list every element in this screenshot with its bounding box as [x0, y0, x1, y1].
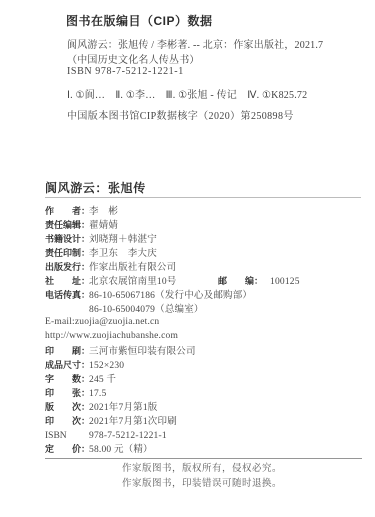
cip-registration-line: 中国版本图书馆CIP数据核字（2020）第250898号: [67, 107, 294, 122]
info-label: 印 刷：: [45, 344, 89, 358]
info-row-price: 定 价：58.00 元（精）: [45, 441, 367, 455]
info-label: 责任编辑：: [45, 218, 89, 232]
copyright-notices: 作家版图书，版权所有，侵权必究。 作家版图书，印装错误可随时退换。: [122, 462, 282, 492]
info-label: 定 价：: [45, 442, 89, 456]
info-row-word-count: 字 数：245 千: [45, 371, 367, 385]
info-value: 2021年7月第1次印刷: [89, 417, 177, 427]
info-row-address: 社 址：北京农展馆南里10号 邮 编：100125: [45, 273, 367, 287]
info-label: 成品尺寸：: [45, 358, 89, 372]
cip-catalog-line: 阆风游云：张旭传 / 李彬著. -- 北京：作家出版社，2021.7: [67, 36, 323, 51]
info-row-impression: 印 次：2021年7月第1次印刷: [45, 413, 367, 427]
info-label: 电话传真：: [45, 288, 89, 302]
info-value: 17.5: [89, 389, 106, 399]
book-title: 阆风游云：张旭传: [45, 179, 146, 196]
cip-classification-line: Ⅰ. ①阆… Ⅱ. ①李… Ⅲ. ①张旭 - 传记 Ⅳ. ①K825.72: [67, 86, 307, 101]
copyright-notice-line: 作家版图书，版权所有，侵权必究。: [122, 462, 282, 477]
info-row-publisher: 出版发行：作家出版社有限公司: [45, 259, 367, 273]
info-row-sheets: 印 张：17.5: [45, 385, 367, 399]
info-value: 978-7-5212-1221-1: [89, 431, 167, 441]
info-value: 245 千: [89, 375, 116, 385]
info-value: 李 彬: [89, 207, 118, 217]
info-row-trim-size: 成品尺寸：152×230: [45, 357, 367, 371]
info-label: 版 次：: [45, 400, 89, 414]
info-row-phone-fax-2: 86-10-65004079（总编室）: [45, 301, 367, 315]
info-value: 作家出版社有限公司: [89, 263, 176, 273]
info-value: 152×230: [89, 361, 124, 371]
bottom-divider: [45, 458, 362, 459]
cip-series-line: （中国历史文化名人传丛书）: [67, 51, 200, 66]
info-row-author: 作 者：李 彬: [45, 203, 367, 217]
info-label: 邮 编：: [218, 274, 270, 288]
info-value: 86-10-65067186（发行中心及邮购部）: [89, 291, 252, 301]
info-row-printer: 印 刷：三河市紫恒印装有限公司: [45, 343, 367, 357]
info-label: 字 数：: [45, 372, 89, 386]
info-value: 翟婧婧: [89, 221, 118, 231]
info-row-website: http://www.zuojiachubanshe.com: [45, 329, 367, 343]
info-row-isbn: ISBN978-7-5212-1221-1: [45, 427, 367, 441]
info-label: 书籍设计：: [45, 232, 89, 246]
info-value: 100125: [270, 277, 300, 287]
cip-header: 图书在版编目（CIP）数据: [66, 12, 213, 29]
title-divider: [45, 197, 361, 198]
info-label: 作 者：: [45, 204, 89, 218]
info-value: 三河市紫恒印装有限公司: [89, 347, 196, 357]
info-label: 社 址：: [45, 274, 89, 288]
info-value: 李卫东 李大庆: [89, 249, 157, 259]
return-policy-line: 作家版图书，印装错误可随时退换。: [122, 477, 282, 492]
info-label: 出版发行：: [45, 260, 89, 274]
publication-info-list: 作 者：李 彬 责任编辑：翟婧婧 书籍设计：刘晓翔＋韩湛宁 责任印制：李卫东 李…: [45, 203, 367, 455]
info-value: 2021年7月第1版: [89, 403, 158, 413]
info-row-editor: 责任编辑：翟婧婧: [45, 217, 367, 231]
info-label: 印 张：: [45, 386, 89, 400]
book-copyright-page: { "cip": { "header": "图书在版编目（CIP）数据", "l…: [0, 0, 375, 517]
info-value: 86-10-65004079（总编室）: [89, 305, 204, 315]
info-label: 印 次：: [45, 414, 89, 428]
info-row-edition: 版 次：2021年7月第1版: [45, 399, 367, 413]
info-value: 58.00 元（精）: [89, 445, 153, 455]
info-row-print-supervisor: 责任印制：李卫东 李大庆: [45, 245, 367, 259]
info-label: 责任印制：: [45, 246, 89, 260]
info-row-phone-fax: 电话传真：86-10-65067186（发行中心及邮购部）: [45, 287, 367, 301]
info-value: 北京农展馆南里10号: [89, 277, 177, 287]
info-value: 刘晓翔＋韩湛宁: [89, 235, 157, 245]
cip-isbn-line: ISBN 978-7-5212-1221-1: [67, 66, 184, 77]
info-row-book-design: 书籍设计：刘晓翔＋韩湛宁: [45, 231, 367, 245]
info-row-email: E-mail:zuojia@zuojia.net.cn: [45, 315, 367, 329]
